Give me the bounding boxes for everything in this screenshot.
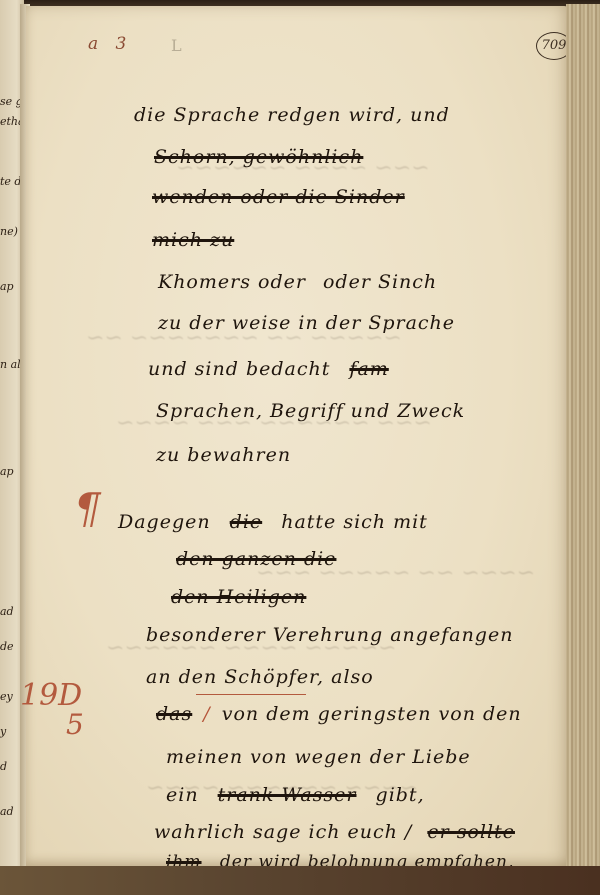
facing-page-fragment: ne): [0, 225, 18, 238]
manuscript-line: an den Schöpfer, also: [146, 666, 374, 688]
line-segment: hatte sich mit: [281, 511, 428, 533]
manuscript-line-struck: den ganzen die: [176, 548, 336, 570]
manuscript-line: das / von dem geringsten von den: [156, 703, 522, 725]
shelf-mark: a 3: [88, 34, 132, 54]
manuscript-line-struck: Schorn, gewöhnlich: [154, 146, 363, 168]
line-segment: gibt,: [376, 784, 425, 806]
manuscript-page: ~~~ ~~~~ ~~~~~~ ~~~~~ ~~ ~~~~~~~ ~~ ~~~ …: [26, 6, 570, 868]
manuscript-line: besonderer Verehrung angefangen: [146, 624, 513, 646]
line-segment: von dem geringsten von den: [222, 703, 522, 725]
facing-page-fragment: ad: [0, 605, 14, 618]
line-segment: und sind bedacht: [148, 358, 330, 380]
line-segment: Khomers oder: [158, 271, 306, 293]
manuscript-line: die Sprache redgen wird, und: [134, 104, 450, 126]
line-segment-struck: trank Wasser: [218, 784, 357, 806]
facing-page-fragment: d: [0, 760, 7, 773]
manuscript-line: Khomers oder oder Sinch: [158, 271, 437, 293]
marginal-number: 5: [66, 708, 84, 741]
facing-page-fragment: ad: [0, 805, 14, 818]
pencil-mark: L: [171, 36, 182, 55]
line-segment-struck: das: [156, 703, 192, 725]
line-segment: ein: [166, 784, 199, 806]
manuscript-line: zu der weise in der Sprache: [158, 312, 455, 334]
manuscript-line: zu bewahren: [156, 444, 291, 466]
facing-page-fragment: de: [0, 640, 14, 653]
line-segment: Dagegen: [118, 511, 211, 533]
paragraph-mark: ¶: [74, 484, 101, 533]
facing-page-fragment: ap: [0, 280, 14, 293]
manuscript-line-struck: den Heiligen: [171, 586, 306, 608]
manuscript-line: ein trank Wasser gibt,: [166, 784, 425, 806]
page-block-edges: [566, 4, 600, 884]
manuscript-line: meinen von wegen der Liebe: [166, 746, 471, 768]
manuscript-line-struck: wenden oder die Sinder: [152, 186, 405, 208]
manuscript-line: Sprachen, Begriff und Zweck: [156, 400, 465, 422]
facing-page-fragment: ap: [0, 465, 14, 478]
facing-page-fragment: y: [0, 725, 6, 738]
line-segment-struck: fam: [349, 358, 388, 380]
manuscript-line: Dagegen die hatte sich mit: [118, 511, 428, 533]
line-segment-struck: er sollte: [427, 821, 515, 843]
line-segment: oder Sinch: [323, 271, 437, 293]
insertion-mark: /: [203, 703, 210, 725]
line-segment: wahrlich sage ich euch /: [154, 821, 412, 843]
red-rule-line: [196, 694, 306, 695]
book-cover-bottom: [0, 866, 600, 895]
manuscript-line: wahrlich sage ich euch / er sollte: [154, 821, 515, 843]
manuscript-line: und sind bedacht fam: [148, 358, 389, 380]
facing-page-fragment: ey: [0, 690, 13, 703]
line-segment-struck: die: [230, 511, 262, 533]
manuscript-line-struck: mich zu: [152, 229, 234, 251]
